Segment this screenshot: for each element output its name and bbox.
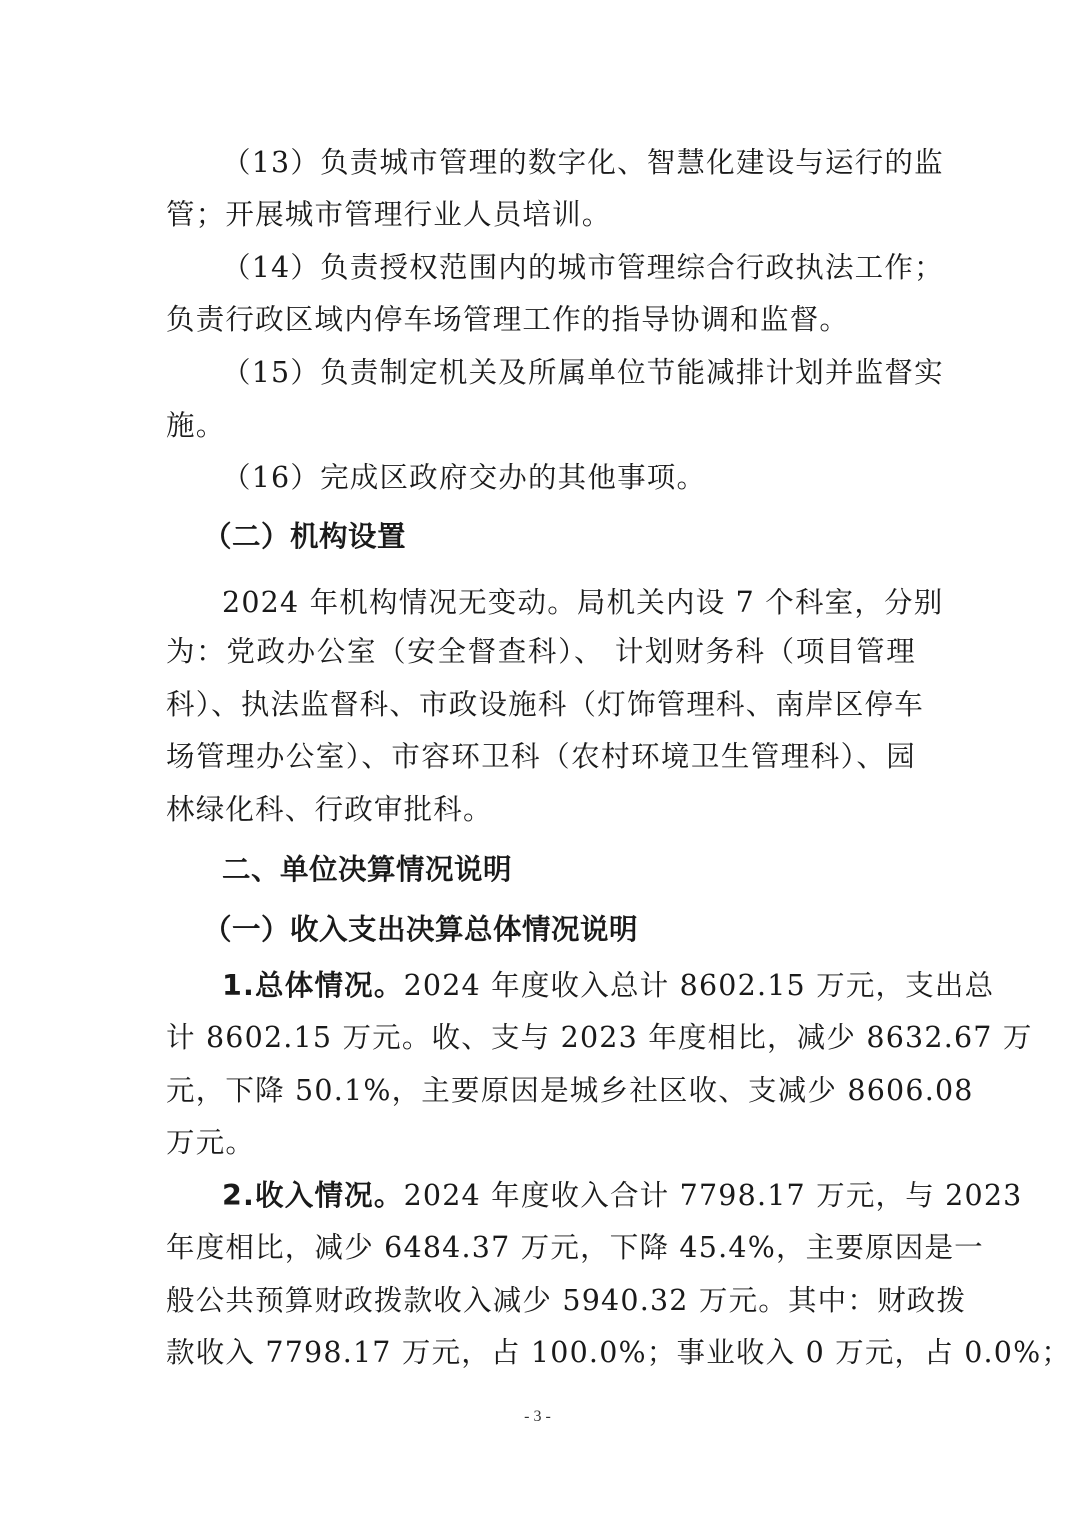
section-two-subheading: （一）收入支出决算总体情况说明 <box>203 910 953 950</box>
section-org-heading: （二）机构设置 <box>203 517 953 557</box>
income-lead: 2.收入情况。 <box>222 1179 404 1212</box>
income-line-1-text: 2024 年度收入合计 7798.17 万元，与 2023 <box>404 1179 1023 1212</box>
item-13-line-1: （13）负责城市管理的数字化、智慧化建设与运行的监 <box>222 143 916 183</box>
org-line-2: 为：党政办公室（安全督查科）、 计划财务科（项目管理 <box>166 632 916 672</box>
overall-line-3: 元，下降 50.1%，主要原因是城乡社区收、支减少 8606.08 <box>166 1071 916 1111</box>
overall-line-1-text: 2024 年度收入总计 8602.15 万元，支出总 <box>404 969 995 1002</box>
item-15-line-1: （15）负责制定机关及所属单位节能减排计划并监督实 <box>222 353 916 393</box>
page-number: - 3 - <box>0 1408 1075 1426</box>
section-two-heading: 二、单位决算情况说明 <box>222 850 972 890</box>
overall-line-4: 万元。 <box>166 1123 916 1163</box>
overall-lead: 1.总体情况。 <box>222 969 404 1002</box>
item-16-line-1: （16）完成区政府交办的其他事项。 <box>222 458 916 498</box>
item-14-line-2: 负责行政区域内停车场管理工作的指导协调和监督。 <box>166 300 916 340</box>
item-15-line-2: 施。 <box>166 406 916 446</box>
income-line-1: 2.收入情况。2024 年度收入合计 7798.17 万元，与 2023 <box>222 1176 916 1216</box>
income-line-2: 年度相比，减少 6484.37 万元，下降 45.4%，主要原因是一 <box>166 1228 916 1268</box>
org-line-1: 2024 年机构情况无变动。局机关内设 7 个科室，分别 <box>222 583 916 623</box>
income-line-4: 款收入 7798.17 万元，占 100.0%；事业收入 0 万元，占 0.0%… <box>166 1333 916 1373</box>
document-page: （13）负责城市管理的数字化、智慧化建设与运行的监 管；开展城市管理行业人员培训… <box>0 0 1075 1520</box>
overall-line-1: 1.总体情况。2024 年度收入总计 8602.15 万元，支出总 <box>222 966 916 1006</box>
item-13-line-2: 管；开展城市管理行业人员培训。 <box>166 195 916 235</box>
org-line-3: 科）、执法监督科、市政设施科（灯饰管理科、南岸区停车 <box>166 685 916 725</box>
org-line-5: 林绿化科、行政审批科。 <box>166 790 916 830</box>
overall-line-2: 计 8602.15 万元。收、支与 2023 年度相比，减少 8632.67 万 <box>166 1018 916 1058</box>
item-14-line-1: （14）负责授权范围内的城市管理综合行政执法工作； <box>222 248 916 288</box>
income-line-3: 般公共预算财政拨款收入减少 5940.32 万元。其中：财政拨 <box>166 1281 916 1321</box>
org-line-4: 场管理办公室）、市容环卫科（农村环境卫生管理科）、园 <box>166 737 916 777</box>
